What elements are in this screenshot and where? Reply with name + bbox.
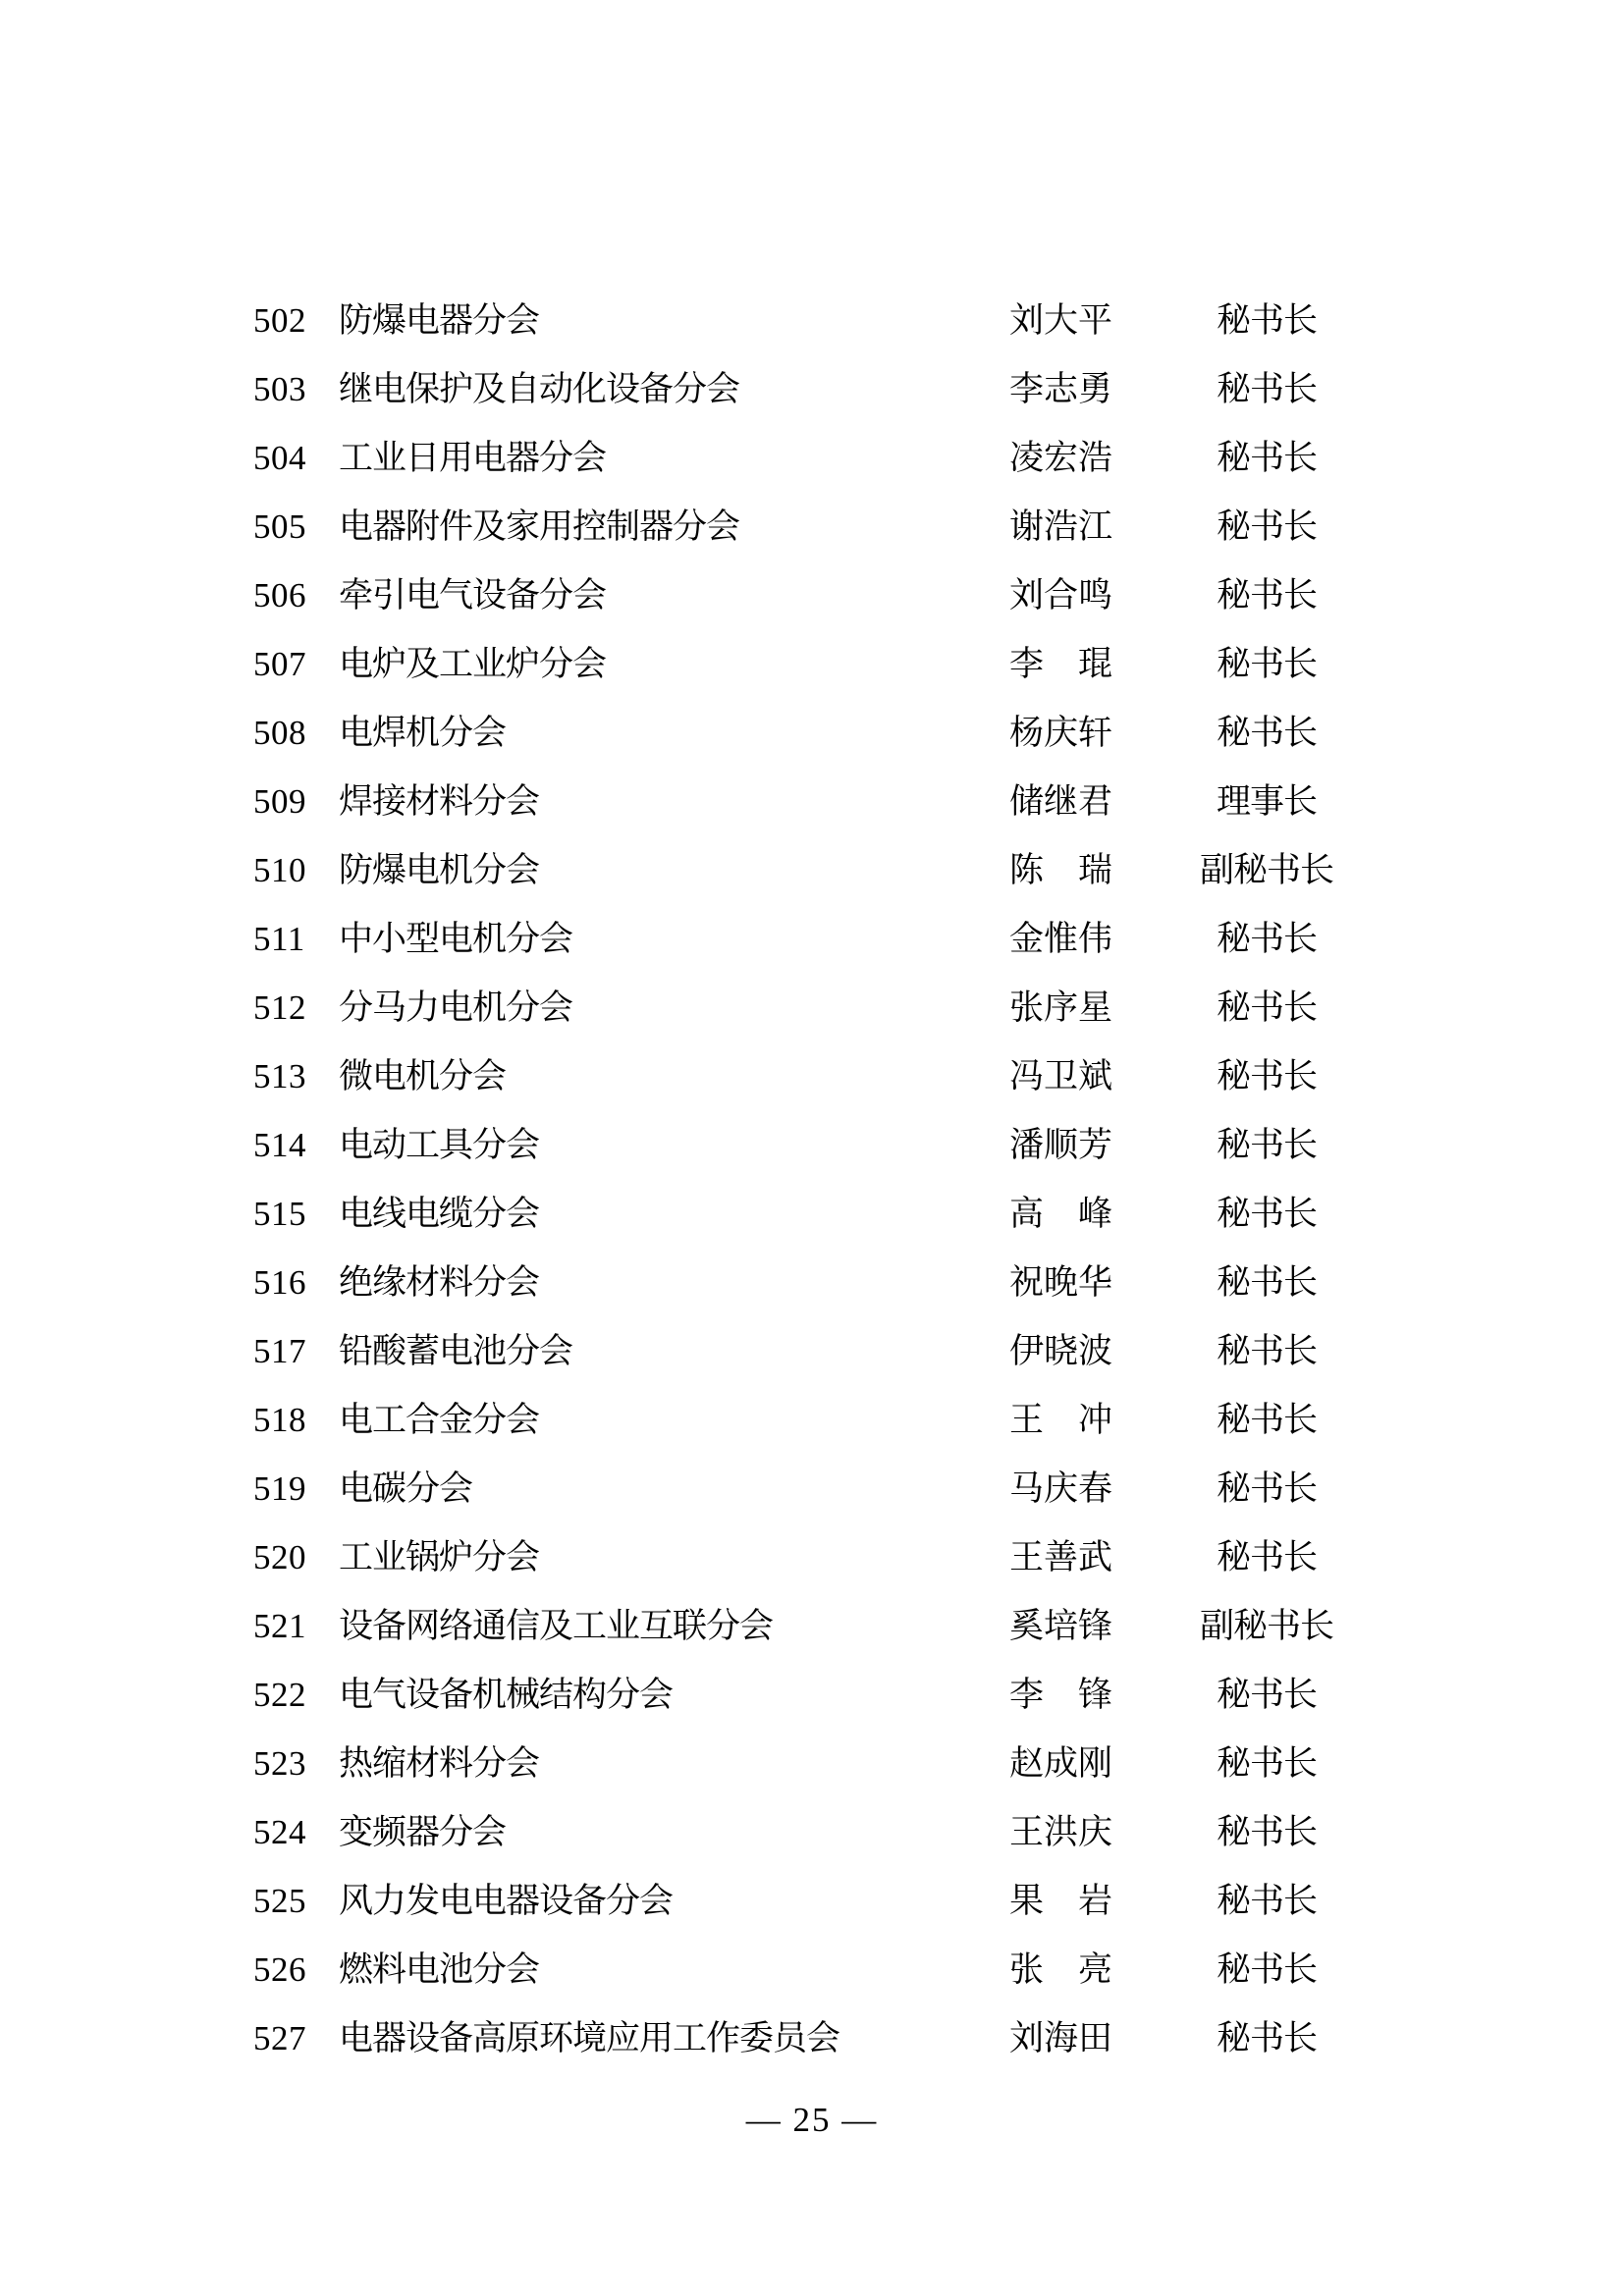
person-title: 秘书长 bbox=[1200, 905, 1333, 974]
person-name: 谢浩江 bbox=[1009, 493, 1117, 561]
table-row: 519电碳分会马庆春秘书长 bbox=[0, 1455, 1624, 1523]
person-name: 马庆春 bbox=[1009, 1455, 1117, 1523]
org-name: 牵引电气设备分会 bbox=[339, 561, 606, 630]
row-number: 506 bbox=[253, 561, 306, 630]
row-number: 518 bbox=[253, 1386, 306, 1455]
person-name: 刘合鸣 bbox=[1009, 561, 1117, 630]
row-number: 514 bbox=[253, 1111, 306, 1180]
org-name: 焊接材料分会 bbox=[339, 768, 539, 836]
person-title: 秘书长 bbox=[1200, 1111, 1333, 1180]
person-name: 李 锋 bbox=[1009, 1661, 1117, 1730]
person-name: 张 亮 bbox=[1009, 1936, 1117, 2004]
org-name: 电工合金分会 bbox=[339, 1386, 539, 1455]
table-row: 510防爆电机分会陈 瑞副秘书长 bbox=[0, 836, 1624, 905]
row-number: 509 bbox=[253, 768, 306, 836]
table-row: 518电工合金分会王 冲秘书长 bbox=[0, 1386, 1624, 1455]
person-name: 刘大平 bbox=[1009, 287, 1117, 355]
person-title: 副秘书长 bbox=[1200, 836, 1333, 905]
org-name: 工业锅炉分会 bbox=[339, 1523, 539, 1592]
person-name: 高 峰 bbox=[1009, 1180, 1117, 1249]
person-name: 王善武 bbox=[1009, 1523, 1117, 1592]
row-number: 502 bbox=[253, 287, 306, 355]
org-name: 电碳分会 bbox=[339, 1455, 472, 1523]
table-row: 516绝缘材料分会祝晚华秘书长 bbox=[0, 1249, 1624, 1317]
org-name: 工业日用电器分会 bbox=[339, 424, 606, 493]
row-number: 522 bbox=[253, 1661, 306, 1730]
person-title: 秘书长 bbox=[1200, 1730, 1333, 1798]
org-name: 继电保护及自动化设备分会 bbox=[339, 355, 739, 424]
row-number: 504 bbox=[253, 424, 306, 493]
table-row: 520工业锅炉分会王善武秘书长 bbox=[0, 1523, 1624, 1592]
org-name: 绝缘材料分会 bbox=[339, 1249, 539, 1317]
org-name: 分马力电机分会 bbox=[339, 974, 572, 1042]
person-name: 金惟伟 bbox=[1009, 905, 1117, 974]
table-row: 511中小型电机分会金惟伟秘书长 bbox=[0, 905, 1624, 974]
person-name: 王洪庆 bbox=[1009, 1798, 1117, 1867]
table-row: 525风力发电电器设备分会果 岩秘书长 bbox=[0, 1867, 1624, 1936]
table-row: 524变频器分会王洪庆秘书长 bbox=[0, 1798, 1624, 1867]
person-title: 秘书长 bbox=[1200, 1798, 1333, 1867]
person-title: 秘书长 bbox=[1200, 1386, 1333, 1455]
row-number: 517 bbox=[253, 1317, 306, 1386]
table-row: 508电焊机分会杨庆轩秘书长 bbox=[0, 699, 1624, 768]
org-name: 防爆电机分会 bbox=[339, 836, 539, 905]
person-name: 果 岩 bbox=[1009, 1867, 1117, 1936]
row-number: 503 bbox=[253, 355, 306, 424]
person-title: 秘书长 bbox=[1200, 630, 1333, 699]
row-number: 527 bbox=[253, 2004, 306, 2073]
org-name: 电器设备高原环境应用工作委员会 bbox=[339, 2004, 839, 2073]
person-title: 理事长 bbox=[1200, 768, 1333, 836]
person-title: 秘书长 bbox=[1200, 2004, 1333, 2073]
person-name: 祝晚华 bbox=[1009, 1249, 1117, 1317]
person-title: 秘书长 bbox=[1200, 1249, 1333, 1317]
person-title: 秘书长 bbox=[1200, 974, 1333, 1042]
person-name: 伊晓波 bbox=[1009, 1317, 1117, 1386]
member-list: 502防爆电器分会刘大平秘书长503继电保护及自动化设备分会李志勇秘书长504工… bbox=[0, 0, 1624, 2296]
row-number: 513 bbox=[253, 1042, 306, 1111]
org-name: 电动工具分会 bbox=[339, 1111, 539, 1180]
table-row: 513微电机分会冯卫斌秘书长 bbox=[0, 1042, 1624, 1111]
table-row: 509焊接材料分会储继君理事长 bbox=[0, 768, 1624, 836]
org-name: 电炉及工业炉分会 bbox=[339, 630, 606, 699]
person-title: 秘书长 bbox=[1200, 1523, 1333, 1592]
org-name: 防爆电器分会 bbox=[339, 287, 539, 355]
person-name: 张序星 bbox=[1009, 974, 1117, 1042]
person-name: 李志勇 bbox=[1009, 355, 1117, 424]
row-number: 523 bbox=[253, 1730, 306, 1798]
table-row: 515电线电缆分会高 峰秘书长 bbox=[0, 1180, 1624, 1249]
row-number: 525 bbox=[253, 1867, 306, 1936]
person-title: 秘书长 bbox=[1200, 1317, 1333, 1386]
row-number: 512 bbox=[253, 974, 306, 1042]
person-title: 秘书长 bbox=[1200, 1042, 1333, 1111]
row-number: 510 bbox=[253, 836, 306, 905]
row-number: 508 bbox=[253, 699, 306, 768]
row-number: 520 bbox=[253, 1523, 306, 1592]
row-number: 511 bbox=[253, 905, 305, 974]
person-name: 赵成刚 bbox=[1009, 1730, 1117, 1798]
person-name: 李 琨 bbox=[1009, 630, 1117, 699]
person-title: 秘书长 bbox=[1200, 1936, 1333, 2004]
org-name: 电线电缆分会 bbox=[339, 1180, 539, 1249]
table-row: 502防爆电器分会刘大平秘书长 bbox=[0, 287, 1624, 355]
table-row: 505电器附件及家用控制器分会谢浩江秘书长 bbox=[0, 493, 1624, 561]
person-title: 秘书长 bbox=[1200, 493, 1333, 561]
person-title: 秘书长 bbox=[1200, 424, 1333, 493]
org-name: 燃料电池分会 bbox=[339, 1936, 539, 2004]
table-row: 514电动工具分会潘顺芳秘书长 bbox=[0, 1111, 1624, 1180]
org-name: 电气设备机械结构分会 bbox=[339, 1661, 673, 1730]
person-name: 陈 瑞 bbox=[1009, 836, 1117, 905]
person-name: 凌宏浩 bbox=[1009, 424, 1117, 493]
table-row: 503继电保护及自动化设备分会李志勇秘书长 bbox=[0, 355, 1624, 424]
org-name: 铅酸蓄电池分会 bbox=[339, 1317, 572, 1386]
person-title: 秘书长 bbox=[1200, 1455, 1333, 1523]
org-name: 热缩材料分会 bbox=[339, 1730, 539, 1798]
person-title: 秘书长 bbox=[1200, 1180, 1333, 1249]
person-name: 杨庆轩 bbox=[1009, 699, 1117, 768]
person-title: 秘书长 bbox=[1200, 287, 1333, 355]
org-name: 电焊机分会 bbox=[339, 699, 506, 768]
org-name: 微电机分会 bbox=[339, 1042, 506, 1111]
row-number: 505 bbox=[253, 493, 306, 561]
person-name: 潘顺芳 bbox=[1009, 1111, 1117, 1180]
table-row: 526燃料电池分会张 亮秘书长 bbox=[0, 1936, 1624, 2004]
person-title: 副秘书长 bbox=[1200, 1592, 1333, 1661]
row-number: 521 bbox=[253, 1592, 306, 1661]
table-row: 523热缩材料分会赵成刚秘书长 bbox=[0, 1730, 1624, 1798]
org-name: 风力发电电器设备分会 bbox=[339, 1867, 673, 1936]
table-row: 522电气设备机械结构分会李 锋秘书长 bbox=[0, 1661, 1624, 1730]
org-name: 中小型电机分会 bbox=[339, 905, 572, 974]
person-title: 秘书长 bbox=[1200, 561, 1333, 630]
table-row: 512分马力电机分会张序星秘书长 bbox=[0, 974, 1624, 1042]
org-name: 设备网络通信及工业互联分会 bbox=[339, 1592, 773, 1661]
row-number: 507 bbox=[253, 630, 306, 699]
row-number: 516 bbox=[253, 1249, 306, 1317]
person-title: 秘书长 bbox=[1200, 355, 1333, 424]
table-row: 517铅酸蓄电池分会伊晓波秘书长 bbox=[0, 1317, 1624, 1386]
table-row: 504工业日用电器分会凌宏浩秘书长 bbox=[0, 424, 1624, 493]
person-name: 刘海田 bbox=[1009, 2004, 1117, 2073]
person-title: 秘书长 bbox=[1200, 1661, 1333, 1730]
person-name: 储继君 bbox=[1009, 768, 1117, 836]
person-name: 奚培锋 bbox=[1009, 1592, 1117, 1661]
page-number: — 25 — bbox=[0, 2099, 1624, 2142]
table-row: 507电炉及工业炉分会李 琨秘书长 bbox=[0, 630, 1624, 699]
row-number: 515 bbox=[253, 1180, 306, 1249]
table-row: 527电器设备高原环境应用工作委员会刘海田秘书长 bbox=[0, 2004, 1624, 2073]
person-name: 王 冲 bbox=[1009, 1386, 1117, 1455]
row-number: 519 bbox=[253, 1455, 306, 1523]
person-title: 秘书长 bbox=[1200, 1867, 1333, 1936]
document-page: 502防爆电器分会刘大平秘书长503继电保护及自动化设备分会李志勇秘书长504工… bbox=[0, 0, 1624, 2296]
org-name: 变频器分会 bbox=[339, 1798, 506, 1867]
table-row: 521设备网络通信及工业互联分会奚培锋副秘书长 bbox=[0, 1592, 1624, 1661]
row-number: 526 bbox=[253, 1936, 306, 2004]
person-title: 秘书长 bbox=[1200, 699, 1333, 768]
row-number: 524 bbox=[253, 1798, 306, 1867]
org-name: 电器附件及家用控制器分会 bbox=[339, 493, 739, 561]
table-row: 506牵引电气设备分会刘合鸣秘书长 bbox=[0, 561, 1624, 630]
person-name: 冯卫斌 bbox=[1009, 1042, 1117, 1111]
